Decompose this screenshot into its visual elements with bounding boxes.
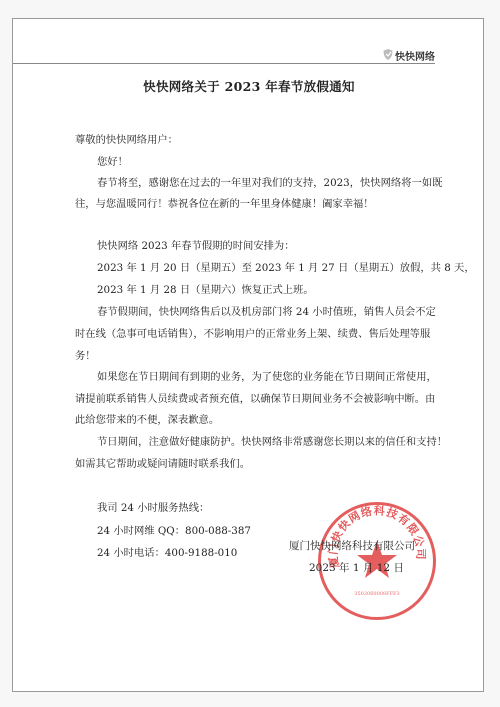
paragraph-2-line-3: 务！ [75,347,96,362]
logo-text: 快快网络 [395,48,435,63]
paragraph-1-line-2: 往，与您温暖同行！恭祝各位在新的一年里身体健康！阖家幸福！ [75,195,374,210]
company-logo: 快快网络 [383,48,435,63]
salutation: 尊敬的快快网络用户： [75,131,178,146]
hotline-heading: 我司 24 小时服务热线： [97,499,209,514]
signature-date: 2023 年 1 月 12 日 [309,560,404,575]
document-page: 快快网络 快快网络关于 2023 年春节放假通知 尊敬的快快网络用户： 您好！ … [12,18,484,692]
paragraph-2-line-1: 春节假期间，快快网络售后以及机房部门将 24 小时值班，销售人员会不定 [97,303,436,318]
schedule-line-2: 2023 年 1 月 28 日（星期六）恢复正式上班。 [97,281,314,296]
hotline-qq: 24 小时网维 QQ：800-088-387 [97,522,251,537]
paragraph-3-line-1: 如果您在节日期间有到期的业务，为了使您的业务能在节日期间正常使用， [97,368,437,383]
paragraph-1-line-1: 春节将至，感谢您在过去的一年里对我们的支持，2023，快快网络将一如既 [97,174,442,189]
paragraph-2-line-2: 时在线（急事可电话销售），不影响用户的正常业务上架、续费、售后处理等服 [75,325,430,340]
paragraph-3-line-2: 请提前联系销售人员续费或者预充值，以确保节日期间业务不会被影响中断。由 [75,390,435,405]
signature-company: 厦门快快网络科技有限公司 [289,538,415,553]
header-divider [13,63,435,64]
paragraph-3-line-3: 此给您带来的不便，深表歉意。 [75,411,219,426]
shield-icon [383,49,393,63]
hotline-phone: 24 小时电话：400-9188-010 [97,544,237,559]
hello: 您好！ [97,153,128,168]
paragraph-4-line-2: 如需其它帮助或疑问请随时联系我们。 [75,455,250,470]
svg-text:3502060008FFF3: 3502060008FFF3 [354,591,399,597]
document-title: 快快网络关于 2023 年春节放假通知 [13,77,485,95]
schedule-line-1: 2023 年 1 月 20 日（星期五）至 2023 年 1 月 27 日（星期… [97,259,475,274]
paragraph-4-line-1: 节日期间，注意做好健康防护。快快网络非常感谢您长期以来的信任和支持！ [97,433,447,448]
schedule-intro: 快快网络 2023 年春节假期的时间安排为： [97,237,295,252]
